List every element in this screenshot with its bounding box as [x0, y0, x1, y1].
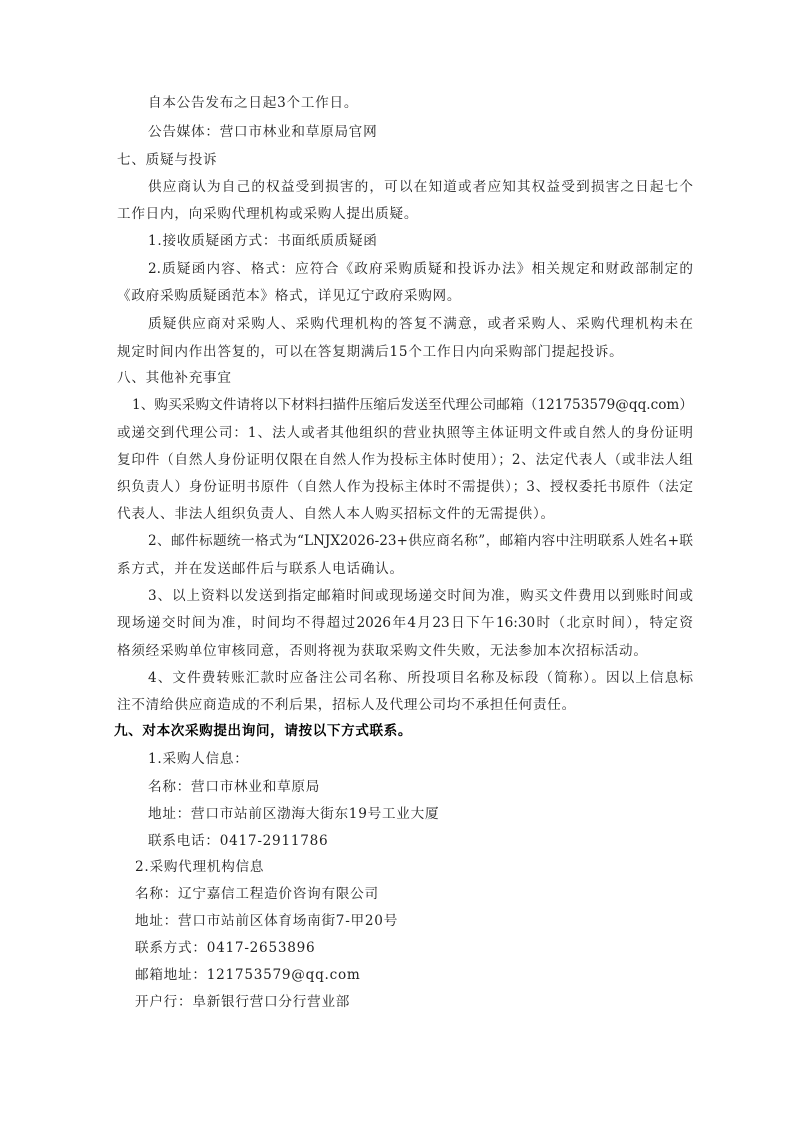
section-8-item-3-line-1: 3、以上资料以发送到指定邮箱时间或现场递交时间为准，购买文件费用以到账时间或 — [148, 586, 693, 606]
announcement-media: 公告媒体：营口市林业和草原局官网 — [148, 122, 693, 142]
section-7-paragraph-2-line-1: 质疑供应商对采购人、采购代理机构的答复不满意，或者采购人、采购代理机构未在 — [148, 314, 693, 334]
section-8-item-2-line-2: 系方式，并在发送邮件后与联系人电话确认。 — [117, 559, 693, 579]
section-8-item-1-line-5: 代表人、非法人组织负责人、自然人本人购买招标文件的无需提供）。 — [117, 504, 693, 524]
agency-name: 名称：辽宁嘉信工程造价咨询有限公司 — [135, 884, 693, 904]
section-8-item-4-line-2: 注不清给供应商造成的不利后果，招标人及代理公司均不承担任何责任。 — [117, 695, 693, 715]
section-7-item-2-line-1: 2.质疑函内容、格式：应符合《政府采购质疑和投诉办法》相关规定和财政部制定的 — [148, 259, 693, 279]
section-8-item-1-line-2: 或递交到代理公司：1、法人或者其他组织的营业执照等主体证明文件或自然人的身份证明 — [117, 423, 693, 443]
section-8-item-3-line-3: 格须经采购单位审核同意，否则将视为获取采购文件失败，无法参加本次招标活动。 — [117, 641, 693, 661]
agency-address: 地址：营口市站前区体育场南街7-甲20号 — [135, 911, 693, 931]
agency-info-heading: 2.采购代理机构信息 — [135, 857, 693, 877]
section-8-item-4-line-1: 4、文件费转账汇款时应备注公司名称、所投项目名称及标段（简称）。因以上信息标 — [148, 668, 693, 688]
section-8-item-1-line-3: 复印件（自然人身份证明仅限在自然人作为投标主体时使用）；2、法定代表人（或非法人… — [117, 450, 693, 470]
purchaser-address: 地址：营口市站前区渤海大街东19号工业大厦 — [148, 804, 693, 824]
section-8-item-2-line-1: 2、邮件标题统一格式为“LNJX2026-23+供应商名称”，邮箱内容中注明联系… — [148, 531, 693, 551]
announcement-period: 自本公告发布之日起3个工作日。 — [148, 93, 693, 113]
section-7-heading: 七、质疑与投诉 — [117, 150, 693, 170]
section-7-paragraph-2-line-2: 规定时间内作出答复的，可以在答复期满后15个工作日内向采购部门提起投诉。 — [117, 342, 693, 362]
document-page: 自本公告发布之日起3个工作日。 公告媒体：营口市林业和草原局官网 七、质疑与投诉… — [0, 0, 793, 1122]
section-8-item-3-line-2: 现场递交时间为准，时间均不得超过2026年4月23日下午16:30时（北京时间）… — [117, 613, 693, 633]
agency-contact: 联系方式：0417-2653896 — [135, 938, 693, 958]
agency-bank: 开户行：阜新银行营口分行营业部 — [135, 992, 693, 1012]
purchaser-info-heading: 1.采购人信息： — [148, 749, 693, 769]
section-7-paragraph-1-line-2: 工作日内，向采购代理机构或采购人提出质疑。 — [117, 204, 693, 224]
section-8-item-1-line-1: 1、购买采购文件请将以下材料扫描件压缩后发送至代理公司邮箱（121753579@… — [132, 395, 693, 415]
purchaser-name: 名称：营口市林业和草原局 — [148, 777, 693, 797]
purchaser-phone: 联系电话：0417-2911786 — [148, 831, 693, 851]
section-8-heading: 八、其他补充事宜 — [117, 368, 693, 388]
section-9-heading: 九、对本次采购提出询问，请按以下方式联系。 — [114, 721, 690, 741]
section-7-paragraph-1-line-1: 供应商认为自己的权益受到损害的，可以在知道或者应知其权益受到损害之日起七个 — [148, 177, 693, 197]
section-7-item-2-line-2: 《政府采购质疑函范本》格式，详见辽宁政府采购网。 — [117, 286, 693, 306]
section-8-item-1-line-4: 织负责人）身份证明书原件（自然人作为投标主体时不需提供）；3、授权委托书原件（法… — [117, 477, 693, 497]
agency-email: 邮箱地址：121753579@qq.com — [135, 965, 693, 985]
section-7-item-1: 1.接收质疑函方式：书面纸质质疑函 — [148, 231, 693, 251]
